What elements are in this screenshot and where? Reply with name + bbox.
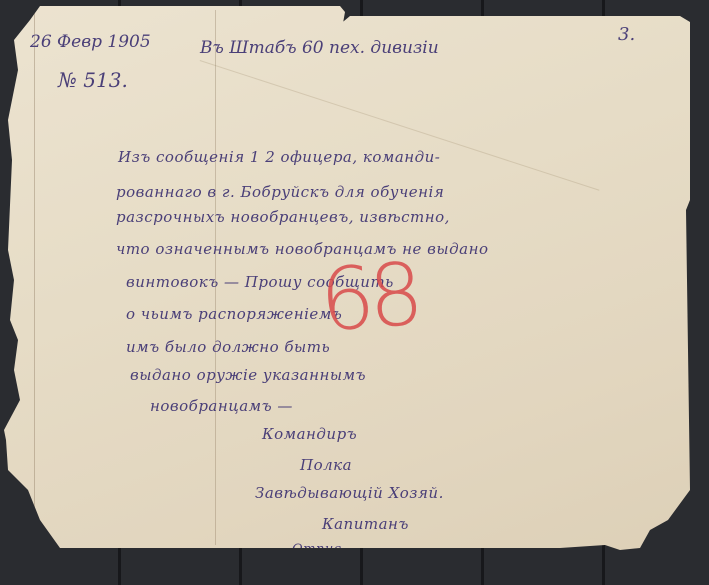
addressee: Въ Штабъ 60 пех. дивизiи [200, 38, 439, 58]
page-number: 3. [618, 24, 635, 45]
document-number: № 513. [58, 68, 128, 92]
body-line: что означеннымъ новобранцамъ не выдано [116, 240, 488, 258]
fold-line [34, 10, 35, 545]
body-line: Изъ сообщенiя 1 2 офицера, команди- [118, 148, 440, 166]
signature-line: Капитанъ [322, 515, 409, 533]
signature-line: Полка [300, 456, 352, 474]
red-number-stamp: 68 [317, 245, 421, 352]
body-line: рованнаго в г. Бобруйскъ для обученiя [116, 183, 444, 201]
paper-sheet: 26 Февр 1905 № 513. Въ Штабъ 60 пех. див… [0, 0, 709, 585]
body-line: разсрочныхъ новобранцевъ, извѣстно, [116, 208, 450, 226]
body-line: новобранцамъ — [150, 397, 293, 415]
body-line: о чьимъ распоряженiемъ [126, 305, 342, 323]
body-line: выдано оружiе указаннымъ [130, 366, 366, 384]
body-line: имъ было должно быть [126, 338, 330, 356]
date-header: 26 Февр 1905 [30, 32, 151, 52]
signature-line: Командиръ [262, 425, 357, 443]
fold-line [200, 60, 600, 191]
signature-line: Завѣдывающiй Хозяй. [255, 484, 444, 502]
